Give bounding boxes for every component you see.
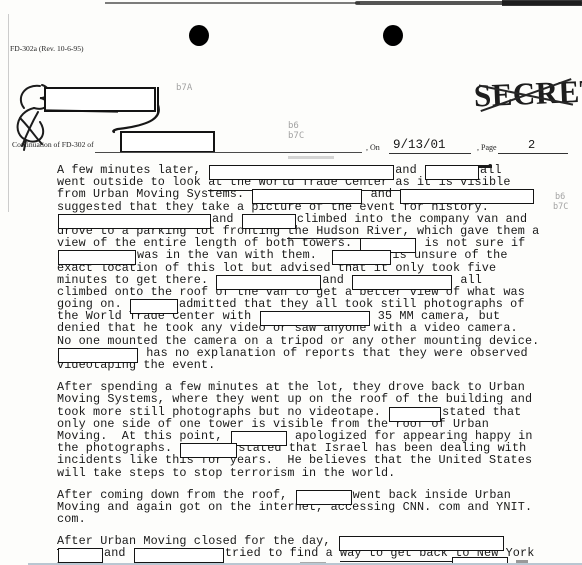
redaction-box xyxy=(389,407,441,422)
redaction-box xyxy=(352,275,452,290)
redaction-box xyxy=(400,189,534,204)
page-rule xyxy=(498,153,568,154)
redaction-box xyxy=(296,490,352,505)
b6-code-label: b6 xyxy=(288,122,299,131)
b7a-code-label: b7A xyxy=(176,84,192,93)
redaction-box xyxy=(252,189,362,204)
scan-artifact xyxy=(105,2,360,4)
scan-artifact xyxy=(502,0,582,6)
body-paragraph: After coming down from the roof, went ba… xyxy=(57,489,562,526)
page-number: 2 xyxy=(528,138,535,152)
page-label: , Page xyxy=(477,143,497,152)
text-line: will take steps to stop terrorism in the… xyxy=(57,467,562,479)
body-paragraph: A few minutes later, and allwent outside… xyxy=(57,164,562,371)
text-line: has no explanation of reports that they … xyxy=(57,347,562,359)
date-value: 9/13/01 xyxy=(393,138,446,152)
scan-artifact xyxy=(8,14,9,212)
text-line: com. xyxy=(57,513,562,525)
body-text: A few minutes later, and allwent outside… xyxy=(57,164,562,565)
redaction-box xyxy=(260,311,370,326)
redaction-box xyxy=(332,250,391,265)
redaction-box xyxy=(58,548,103,563)
form-rule xyxy=(95,152,362,153)
text-run: tried to find a xyxy=(225,546,340,560)
form-id-label: FD-302a (Rev. 10-6-95) xyxy=(10,44,84,53)
scan-artifact xyxy=(288,156,334,159)
on-label: , On xyxy=(366,143,380,152)
text-run: Moving and again got on the internet, ac… xyxy=(57,500,532,514)
body-paragraph: After spending a few minutes at the lot,… xyxy=(57,381,562,479)
hole-punch-mark xyxy=(189,25,209,46)
redaction-box xyxy=(242,214,296,229)
redaction-box xyxy=(180,443,237,458)
b7c-code-label: b7C xyxy=(288,132,304,141)
redaction-box xyxy=(231,431,287,446)
redaction-box xyxy=(130,299,178,314)
redaction-box xyxy=(339,536,504,551)
body-paragraph: After Urban Moving closed for the day, a… xyxy=(57,535,562,559)
redaction-box xyxy=(120,131,215,153)
redaction-box xyxy=(216,275,321,290)
redaction-box xyxy=(425,165,479,180)
redaction-box xyxy=(58,250,136,265)
text-run: and xyxy=(104,546,133,560)
hole-punch-mark xyxy=(383,25,403,46)
date-rule xyxy=(389,153,471,154)
redaction-box xyxy=(58,348,138,363)
text-run: will take steps to stop terrorism in the… xyxy=(57,466,395,480)
redaction-box xyxy=(134,548,224,563)
secret-stamp: SECRET xyxy=(473,72,582,121)
redaction-box xyxy=(209,165,394,180)
text-run: com. xyxy=(57,512,86,526)
redaction-box xyxy=(58,214,211,229)
document-scan: FD-302a (Rev. 10-6-95) SECRET b7A b6 b7C… xyxy=(0,0,582,565)
continuation-label: Continuation of FD-302 of xyxy=(12,140,94,149)
